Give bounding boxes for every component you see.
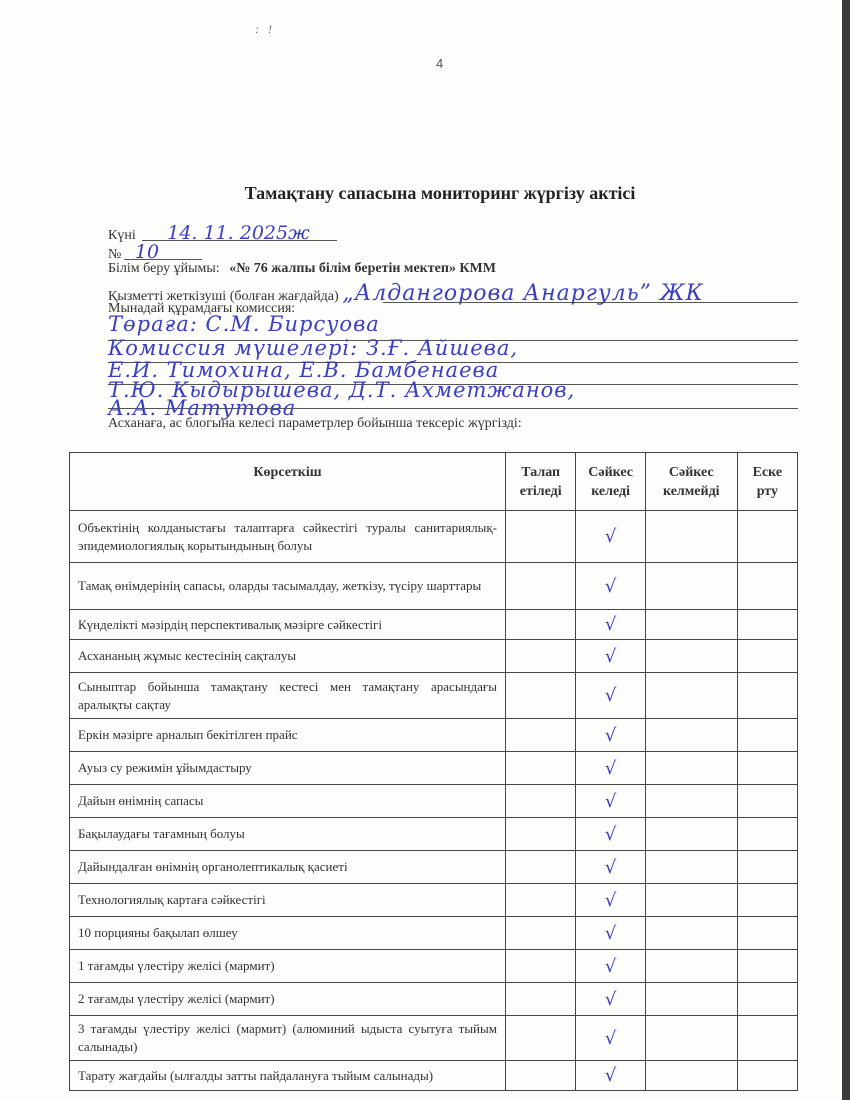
table-row: Технологиялық картаға сәйкестігі√ bbox=[70, 884, 798, 917]
compliant-cell: √ bbox=[576, 785, 645, 818]
note-cell bbox=[737, 917, 797, 950]
indicator-cell: Тамақ өнімдерінің сапасы, оларды тасымал… bbox=[70, 563, 506, 610]
noncompliant-cell bbox=[645, 610, 737, 640]
table-row: 3 тағамды үлестіру желісі (мармит) (алюм… bbox=[70, 1016, 798, 1061]
required-cell bbox=[505, 884, 575, 917]
scan-edge-shadow bbox=[842, 0, 850, 1100]
note-cell bbox=[737, 851, 797, 884]
noncompliant-cell bbox=[645, 673, 737, 719]
note-cell bbox=[737, 1061, 797, 1091]
table-row: 1 тағамды үлестіру желісі (мармит)√ bbox=[70, 950, 798, 983]
organization-value: «№ 76 жалпы білім беретін мектеп» КММ bbox=[229, 261, 496, 276]
indicator-cell: Объектінің колданыстағы талаптарға сәйке… bbox=[70, 511, 506, 563]
noncompliant-cell bbox=[645, 818, 737, 851]
noncompliant-cell bbox=[645, 983, 737, 1016]
compliant-cell: √ bbox=[576, 752, 645, 785]
noncompliant-cell bbox=[645, 950, 737, 983]
noncompliant-cell bbox=[645, 640, 737, 673]
col-required: Талап етіледі bbox=[505, 453, 575, 511]
noncompliant-cell bbox=[645, 1016, 737, 1061]
indicator-cell: 3 тағамды үлестіру желісі (мармит) (алюм… bbox=[70, 1016, 506, 1061]
table-row: Дайын өнімнің сапасы√ bbox=[70, 785, 798, 818]
note-cell bbox=[737, 950, 797, 983]
indicator-cell: Дайындалған өнімнің органолептикалық қас… bbox=[70, 851, 506, 884]
table-row: Тамақ өнімдерінің сапасы, оларды тасымал… bbox=[70, 563, 798, 610]
noncompliant-cell bbox=[645, 511, 737, 563]
indicator-cell: Асхананың жұмыс кестесінің сақталуы bbox=[70, 640, 506, 673]
required-cell bbox=[505, 511, 575, 563]
supplier-underline bbox=[383, 302, 798, 303]
table-row: 2 тағамды үлестіру желісі (мармит)√ bbox=[70, 983, 798, 1016]
note-cell bbox=[737, 818, 797, 851]
indicator-cell: Бақылаудағы тағамның болуы bbox=[70, 818, 506, 851]
required-cell bbox=[505, 640, 575, 673]
note-cell bbox=[737, 719, 797, 752]
number-underline bbox=[124, 259, 202, 260]
compliant-cell: √ bbox=[576, 511, 645, 563]
noncompliant-cell bbox=[645, 884, 737, 917]
col-indicator: Көрсеткіш bbox=[70, 453, 506, 511]
note-cell bbox=[737, 983, 797, 1016]
noncompliant-cell bbox=[645, 785, 737, 818]
organization-label: Білім беру ұйымы: bbox=[108, 261, 220, 276]
document-title: Тамақтану сапасына мониторинг жүргізу ак… bbox=[0, 183, 850, 204]
indicator-cell: Дайын өнімнің сапасы bbox=[70, 785, 506, 818]
noncompliant-cell bbox=[645, 719, 737, 752]
compliant-cell: √ bbox=[576, 610, 645, 640]
table-row: 10 порцияны бақылап өлшеу√ bbox=[70, 917, 798, 950]
compliant-cell: √ bbox=[576, 818, 645, 851]
note-cell bbox=[737, 640, 797, 673]
required-cell bbox=[505, 1061, 575, 1091]
required-cell bbox=[505, 917, 575, 950]
indicator-cell: Тарату жағдайы (ылғалды затты пайдалануғ… bbox=[70, 1061, 506, 1091]
inspection-table: Көрсеткіш Талап етіледі Сәйкес келеді Сә… bbox=[69, 452, 798, 1091]
stray-marks: : ! bbox=[255, 22, 275, 37]
note-cell bbox=[737, 785, 797, 818]
required-cell bbox=[505, 752, 575, 785]
required-cell bbox=[505, 818, 575, 851]
note-cell bbox=[737, 563, 797, 610]
table-row: Тарату жағдайы (ылғалды затты пайдалануғ… bbox=[70, 1061, 798, 1091]
commission-line-1: Төраға: С.М. Бирсуова bbox=[108, 312, 380, 336]
table-row: Ауыз су режимін ұйымдастыру√ bbox=[70, 752, 798, 785]
compliant-cell: √ bbox=[576, 917, 645, 950]
noncompliant-cell bbox=[645, 1061, 737, 1091]
table-row: Объектінің колданыстағы талаптарға сәйке… bbox=[70, 511, 798, 563]
required-cell bbox=[505, 673, 575, 719]
required-cell bbox=[505, 983, 575, 1016]
required-cell bbox=[505, 610, 575, 640]
indicator-cell: Технологиялық картаға сәйкестігі bbox=[70, 884, 506, 917]
col-noncompliant: Сәйкес келмейді bbox=[645, 453, 737, 511]
compliant-cell: √ bbox=[576, 950, 645, 983]
compliant-cell: √ bbox=[576, 1016, 645, 1061]
compliant-cell: √ bbox=[576, 983, 645, 1016]
indicator-cell: 1 тағамды үлестіру желісі (мармит) bbox=[70, 950, 506, 983]
compliant-cell: √ bbox=[576, 640, 645, 673]
organization-field: Білім беру ұйымы: «№ 76 жалпы білім бере… bbox=[108, 261, 496, 277]
compliant-cell: √ bbox=[576, 884, 645, 917]
compliant-cell: √ bbox=[576, 673, 645, 719]
required-cell bbox=[505, 851, 575, 884]
indicator-cell: Сыныптар бойынша тамақтану кестесі мен т… bbox=[70, 673, 506, 719]
table-row: Бақылаудағы тағамның болуы√ bbox=[70, 818, 798, 851]
required-cell bbox=[505, 950, 575, 983]
compliant-cell: √ bbox=[576, 563, 645, 610]
table-row: Дайындалған өнімнің органолептикалық қас… bbox=[70, 851, 798, 884]
note-cell bbox=[737, 884, 797, 917]
required-cell bbox=[505, 785, 575, 818]
noncompliant-cell bbox=[645, 563, 737, 610]
note-cell bbox=[737, 673, 797, 719]
indicator-cell: 2 тағамды үлестіру желісі (мармит) bbox=[70, 983, 506, 1016]
table-row: Сыныптар бойынша тамақтану кестесі мен т… bbox=[70, 673, 798, 719]
date-underline bbox=[142, 240, 337, 241]
indicator-cell: 10 порцияны бақылап өлшеу bbox=[70, 917, 506, 950]
table-header-row: Көрсеткіш Талап етіледі Сәйкес келеді Сә… bbox=[70, 453, 798, 511]
note-cell bbox=[737, 752, 797, 785]
col-compliant: Сәйкес келеді bbox=[576, 453, 645, 511]
indicator-cell: Еркін мәзірге арналып бекітілген прайс bbox=[70, 719, 506, 752]
noncompliant-cell bbox=[645, 752, 737, 785]
number-label: № bbox=[108, 247, 121, 262]
note-cell bbox=[737, 1016, 797, 1061]
table-row: Еркін мәзірге арналып бекітілген прайс√ bbox=[70, 719, 798, 752]
table-body: Объектінің колданыстағы талаптарға сәйке… bbox=[70, 511, 798, 1091]
noncompliant-cell bbox=[645, 917, 737, 950]
col-note: Еске рту bbox=[737, 453, 797, 511]
commission-line-2: Комиссия мүшелері: З.Ғ. Айшева, bbox=[108, 336, 518, 360]
noncompliant-cell bbox=[645, 851, 737, 884]
required-cell bbox=[505, 563, 575, 610]
compliant-cell: √ bbox=[576, 1061, 645, 1091]
compliant-cell: √ bbox=[576, 851, 645, 884]
table-row: Күнделікті мәзірдің перспективалық мәзір… bbox=[70, 610, 798, 640]
indicator-cell: Күнделікті мәзірдің перспективалық мәзір… bbox=[70, 610, 506, 640]
note-cell bbox=[737, 511, 797, 563]
indicator-cell: Ауыз су режимін ұйымдастыру bbox=[70, 752, 506, 785]
note-cell bbox=[737, 610, 797, 640]
page-number: 4 bbox=[436, 56, 443, 71]
inspection-text: Асханаға, ас блогына келесі параметрлер … bbox=[108, 416, 522, 432]
required-cell bbox=[505, 1016, 575, 1061]
compliant-cell: √ bbox=[576, 719, 645, 752]
required-cell bbox=[505, 719, 575, 752]
table-row: Асхананың жұмыс кестесінің сақталуы√ bbox=[70, 640, 798, 673]
